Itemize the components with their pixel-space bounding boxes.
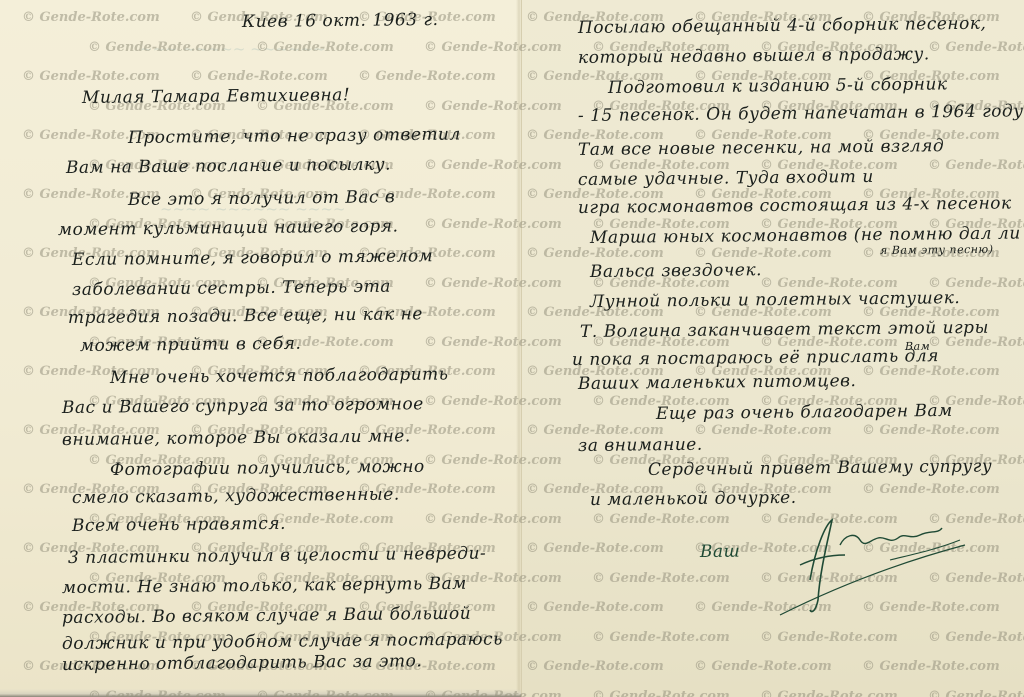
handwritten-line: Вам: [905, 340, 930, 353]
handwritten-line: Мне очень хочется поблагодарить: [110, 364, 449, 388]
handwritten-line: Подготовил к изданию 5-й сборник: [608, 74, 948, 98]
paper-bottom-edge: [0, 689, 521, 697]
handwritten-line: Вас и Вашего супруга за то огромное: [62, 394, 424, 418]
handwritten-line: Т. Волгина заканчивает текст этой игры: [580, 318, 989, 342]
handwritten-line: Все это я получил от Вас в: [128, 187, 395, 210]
handwritten-line: Ваших маленьких питомцев.: [578, 371, 857, 394]
handwritten-line: Милая Тамара Евтихиевна!: [82, 85, 350, 108]
handwritten-line: мости. Не знаю только, как вернуть Вам: [62, 574, 467, 598]
handwritten-line: трагедия позади. Все еще, ни как не: [68, 304, 423, 328]
page-fold: [516, 0, 522, 697]
handwritten-line: Фотографии получились, можно: [110, 457, 425, 480]
handwritten-line: заболевании сестры. Теперь эта: [72, 277, 391, 300]
handwritten-line: момент кульминации нашего горя.: [58, 216, 399, 240]
handwritten-line: Посылаю обещанный 4-й сборник песенок,: [578, 14, 987, 38]
bleed-through-ink: ~~~ ~~~~~ ~~~~~~: [140, 40, 326, 58]
handwritten-line: который недавно вышел в продажу.: [578, 44, 930, 68]
handwritten-line: Если помните, я говорил о тяжелом: [72, 246, 433, 270]
handwritten-line: Киев 16 окт. 1963 г.: [242, 10, 439, 32]
handwritten-line: самые удачные. Туда входит и: [578, 167, 874, 190]
handwritten-line: Лунной польки и полетных частушек.: [590, 288, 961, 312]
handwritten-line: внимание, которое Вы оказали мне.: [62, 426, 411, 450]
handwritten-line: Всем очень нравятся.: [72, 514, 286, 536]
handwritten-line: и пока я постараюсь её прислать для: [572, 346, 939, 370]
closing-word: Ваш: [700, 542, 740, 562]
handwritten-line: Сердечный привет Вашему супругу: [648, 456, 992, 480]
signature-icon: [770, 510, 970, 620]
handwritten-line: можем прийти в себя.: [80, 334, 302, 356]
handwritten-line: Там все новые песенки, на мой взгляд: [578, 136, 944, 160]
handwritten-line: Еще раз очень благодарен Вам: [656, 401, 953, 424]
handwritten-line: расходы. Во всяком случае я Ваш большой: [62, 604, 471, 628]
handwritten-line: я Вам эту песню): [880, 243, 994, 257]
handwritten-line: за внимание.: [578, 435, 703, 456]
handwritten-line: Простите, что не сразу ответил: [128, 125, 461, 148]
handwritten-line: Вальса звездочек.: [590, 260, 762, 282]
handwritten-line: искренно отблагодарить Вас за это.: [62, 651, 422, 675]
handwritten-line: смело сказать, художественные.: [72, 485, 400, 508]
handwritten-line: и маленькой дочурке.: [590, 488, 797, 510]
handwritten-line: Вам на Ваше послание и посылку.: [66, 155, 391, 178]
